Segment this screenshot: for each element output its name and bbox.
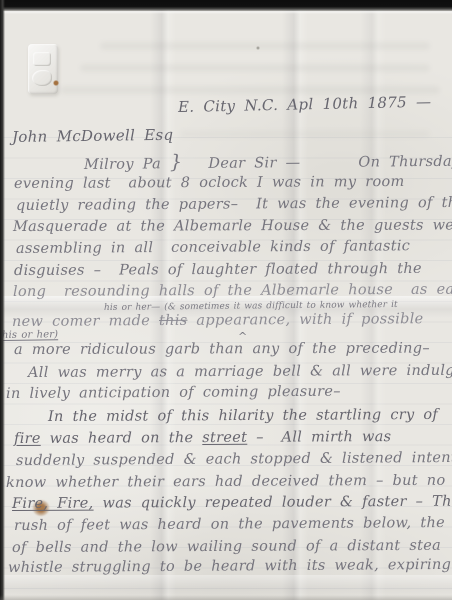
- bracket-glyph: }: [170, 151, 183, 173]
- letter-line: fire was heard on the street – All mirth…: [14, 429, 391, 447]
- letter-line: know whether their ears had deceived the…: [6, 473, 446, 491]
- underlined-words-fire-fire: Fire, Fire,: [12, 496, 94, 512]
- letter-line: quietly reading the papers– It was the e…: [16, 195, 452, 214]
- letter-line: of bells and the low wailing sound of a …: [12, 538, 441, 556]
- letter-line: in lively anticipation of coming pleasur…: [6, 384, 341, 402]
- letter-line: disguises – Peals of laughter floated th…: [14, 261, 422, 279]
- margin-note: his or her): [2, 329, 58, 341]
- line7-pre: new comer made: [12, 313, 159, 330]
- letter-line: suddenly suspended & each stopped & list…: [16, 450, 452, 469]
- salutation-text: Dear Sir —: [208, 155, 300, 172]
- underlined-word-fire: fire: [14, 431, 41, 447]
- dateline: E. City N.C. Apl 10th 1875 —: [178, 93, 432, 116]
- scan-edge-bottom: [0, 595, 452, 600]
- letter-scan: E. City N.C. Apl 10th 1875 — John McDowe…: [0, 0, 452, 600]
- bleed-through-texture: [180, 130, 430, 138]
- letter-line: assembling in all conceivable kinds of f…: [16, 238, 410, 257]
- letter-line: evening last about 8 oclock I was in my …: [14, 174, 405, 192]
- paper-edge-highlight: [0, 11, 452, 14]
- recipient-line: John McDowell Esq: [12, 126, 174, 146]
- letter-line: new comer made this appearance, with if …: [12, 311, 424, 330]
- age-spot: [53, 80, 59, 86]
- letter-line: a more ridiculous garb than any of the p…: [14, 341, 430, 358]
- letter-line: long resounding halls of the Albemarle h…: [13, 282, 452, 300]
- bleed-through-texture: [80, 64, 430, 72]
- age-spot: [256, 46, 260, 50]
- line7-post: appearance, with if possible: [187, 311, 423, 329]
- line12-mid: was heard on the: [41, 430, 203, 447]
- letter-line: rush of feet was heard on the pavements …: [14, 515, 452, 534]
- horizontal-fold-crease: [0, 575, 452, 597]
- embossed-seal: [28, 44, 58, 94]
- salutation-line: Milroy Pa }Dear Sir —On Thursday: [84, 149, 452, 174]
- bleed-through-texture: [100, 42, 430, 50]
- line15-post: was quickly repeated louder & faster – T…: [94, 494, 452, 512]
- struck-word: this: [159, 313, 188, 329]
- opening-text: On Thursday: [358, 154, 452, 171]
- letter-line: whistle struggling to be heard with its …: [8, 556, 452, 576]
- letter-line: Fire, Fire, was quickly repeated louder …: [12, 494, 452, 512]
- line12-post: – All mirth was: [247, 429, 391, 446]
- place-text: Milroy Pa: [84, 156, 161, 173]
- letter-line: In the midst of this hilarity the startl…: [48, 407, 438, 425]
- underlined-word-street: street: [202, 430, 247, 446]
- letter-line: Masquerade at the Albemarle House & the …: [13, 217, 452, 235]
- scan-edge-left: [0, 0, 5, 600]
- letter-line: All was merry as a marriage bell & all w…: [28, 363, 452, 381]
